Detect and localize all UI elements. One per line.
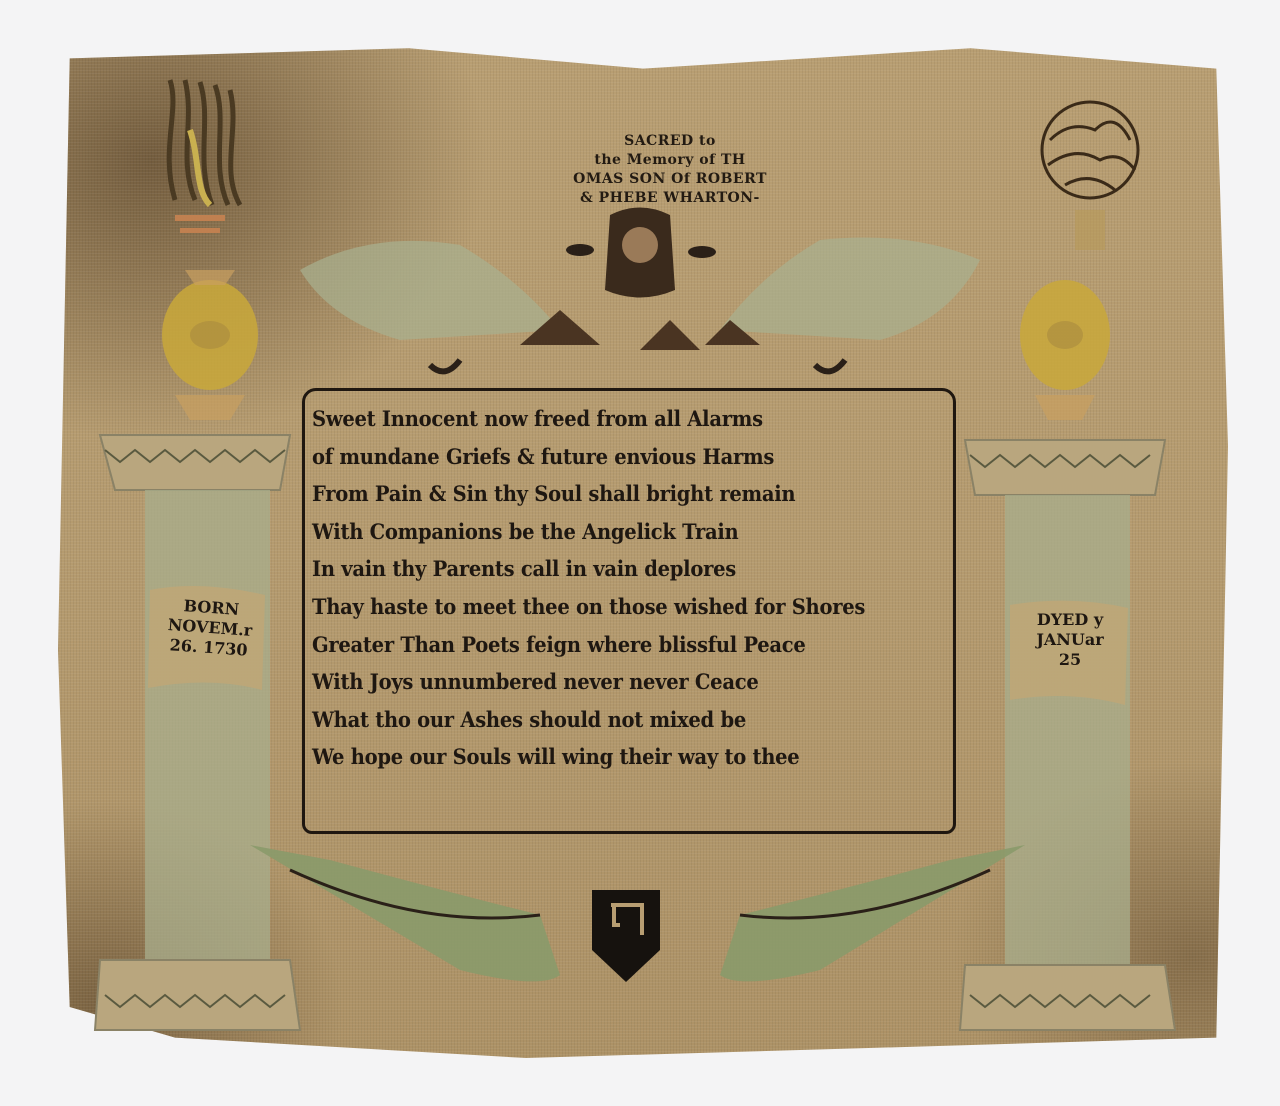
verse-line: of mundane Griefs & future envious Harms [312, 438, 907, 476]
right-pillar [960, 440, 1175, 1030]
verse-line: With Joys unnumbered never never Ceace [312, 663, 907, 701]
header-line: SACRED to [520, 132, 820, 151]
memorial-header: SACRED to the Memory of TH OMAS SON Of R… [520, 132, 820, 208]
pinecone-icon [1042, 102, 1138, 250]
verse-line: In vain thy Parents call in vain deplore… [312, 550, 907, 588]
shield-icon [592, 890, 660, 982]
left-urn-icon [162, 270, 258, 420]
verse-line: With Companions be the Angelick Train [312, 513, 907, 551]
verse-line: We hope our Souls will wing their way to… [312, 738, 907, 776]
birth-date-banner: BORN NOVEM.r 26. 1730 [148, 594, 272, 662]
banner-line: DYED y [1015, 610, 1125, 630]
header-line: the Memory of TH [520, 151, 820, 170]
verse-line: Greater Than Poets feign where blissful … [312, 626, 907, 664]
flame-icon [169, 80, 240, 233]
cherub-icon [300, 208, 980, 372]
verse-line: Sweet Innocent now freed from all Alarms [312, 400, 907, 438]
verse-line: From Pain & Sin thy Soul shall bright re… [312, 475, 907, 513]
header-line: & PHEBE WHARTON- [520, 189, 820, 208]
right-urn-icon [1020, 280, 1110, 420]
verse-line: Thay haste to meet thee on those wished … [312, 588, 907, 626]
verse-line: What tho our Ashes should not mixed be [312, 701, 907, 739]
memorial-verse: Sweet Innocent now freed from all Alarms… [312, 400, 952, 776]
left-pillar [95, 435, 300, 1030]
banner-line: 25 [1015, 650, 1125, 670]
header-line: OMAS SON Of ROBERT [520, 170, 820, 189]
banner-line: JANUar [1015, 630, 1125, 650]
death-date-banner: DYED y JANUar 25 [1015, 610, 1125, 670]
